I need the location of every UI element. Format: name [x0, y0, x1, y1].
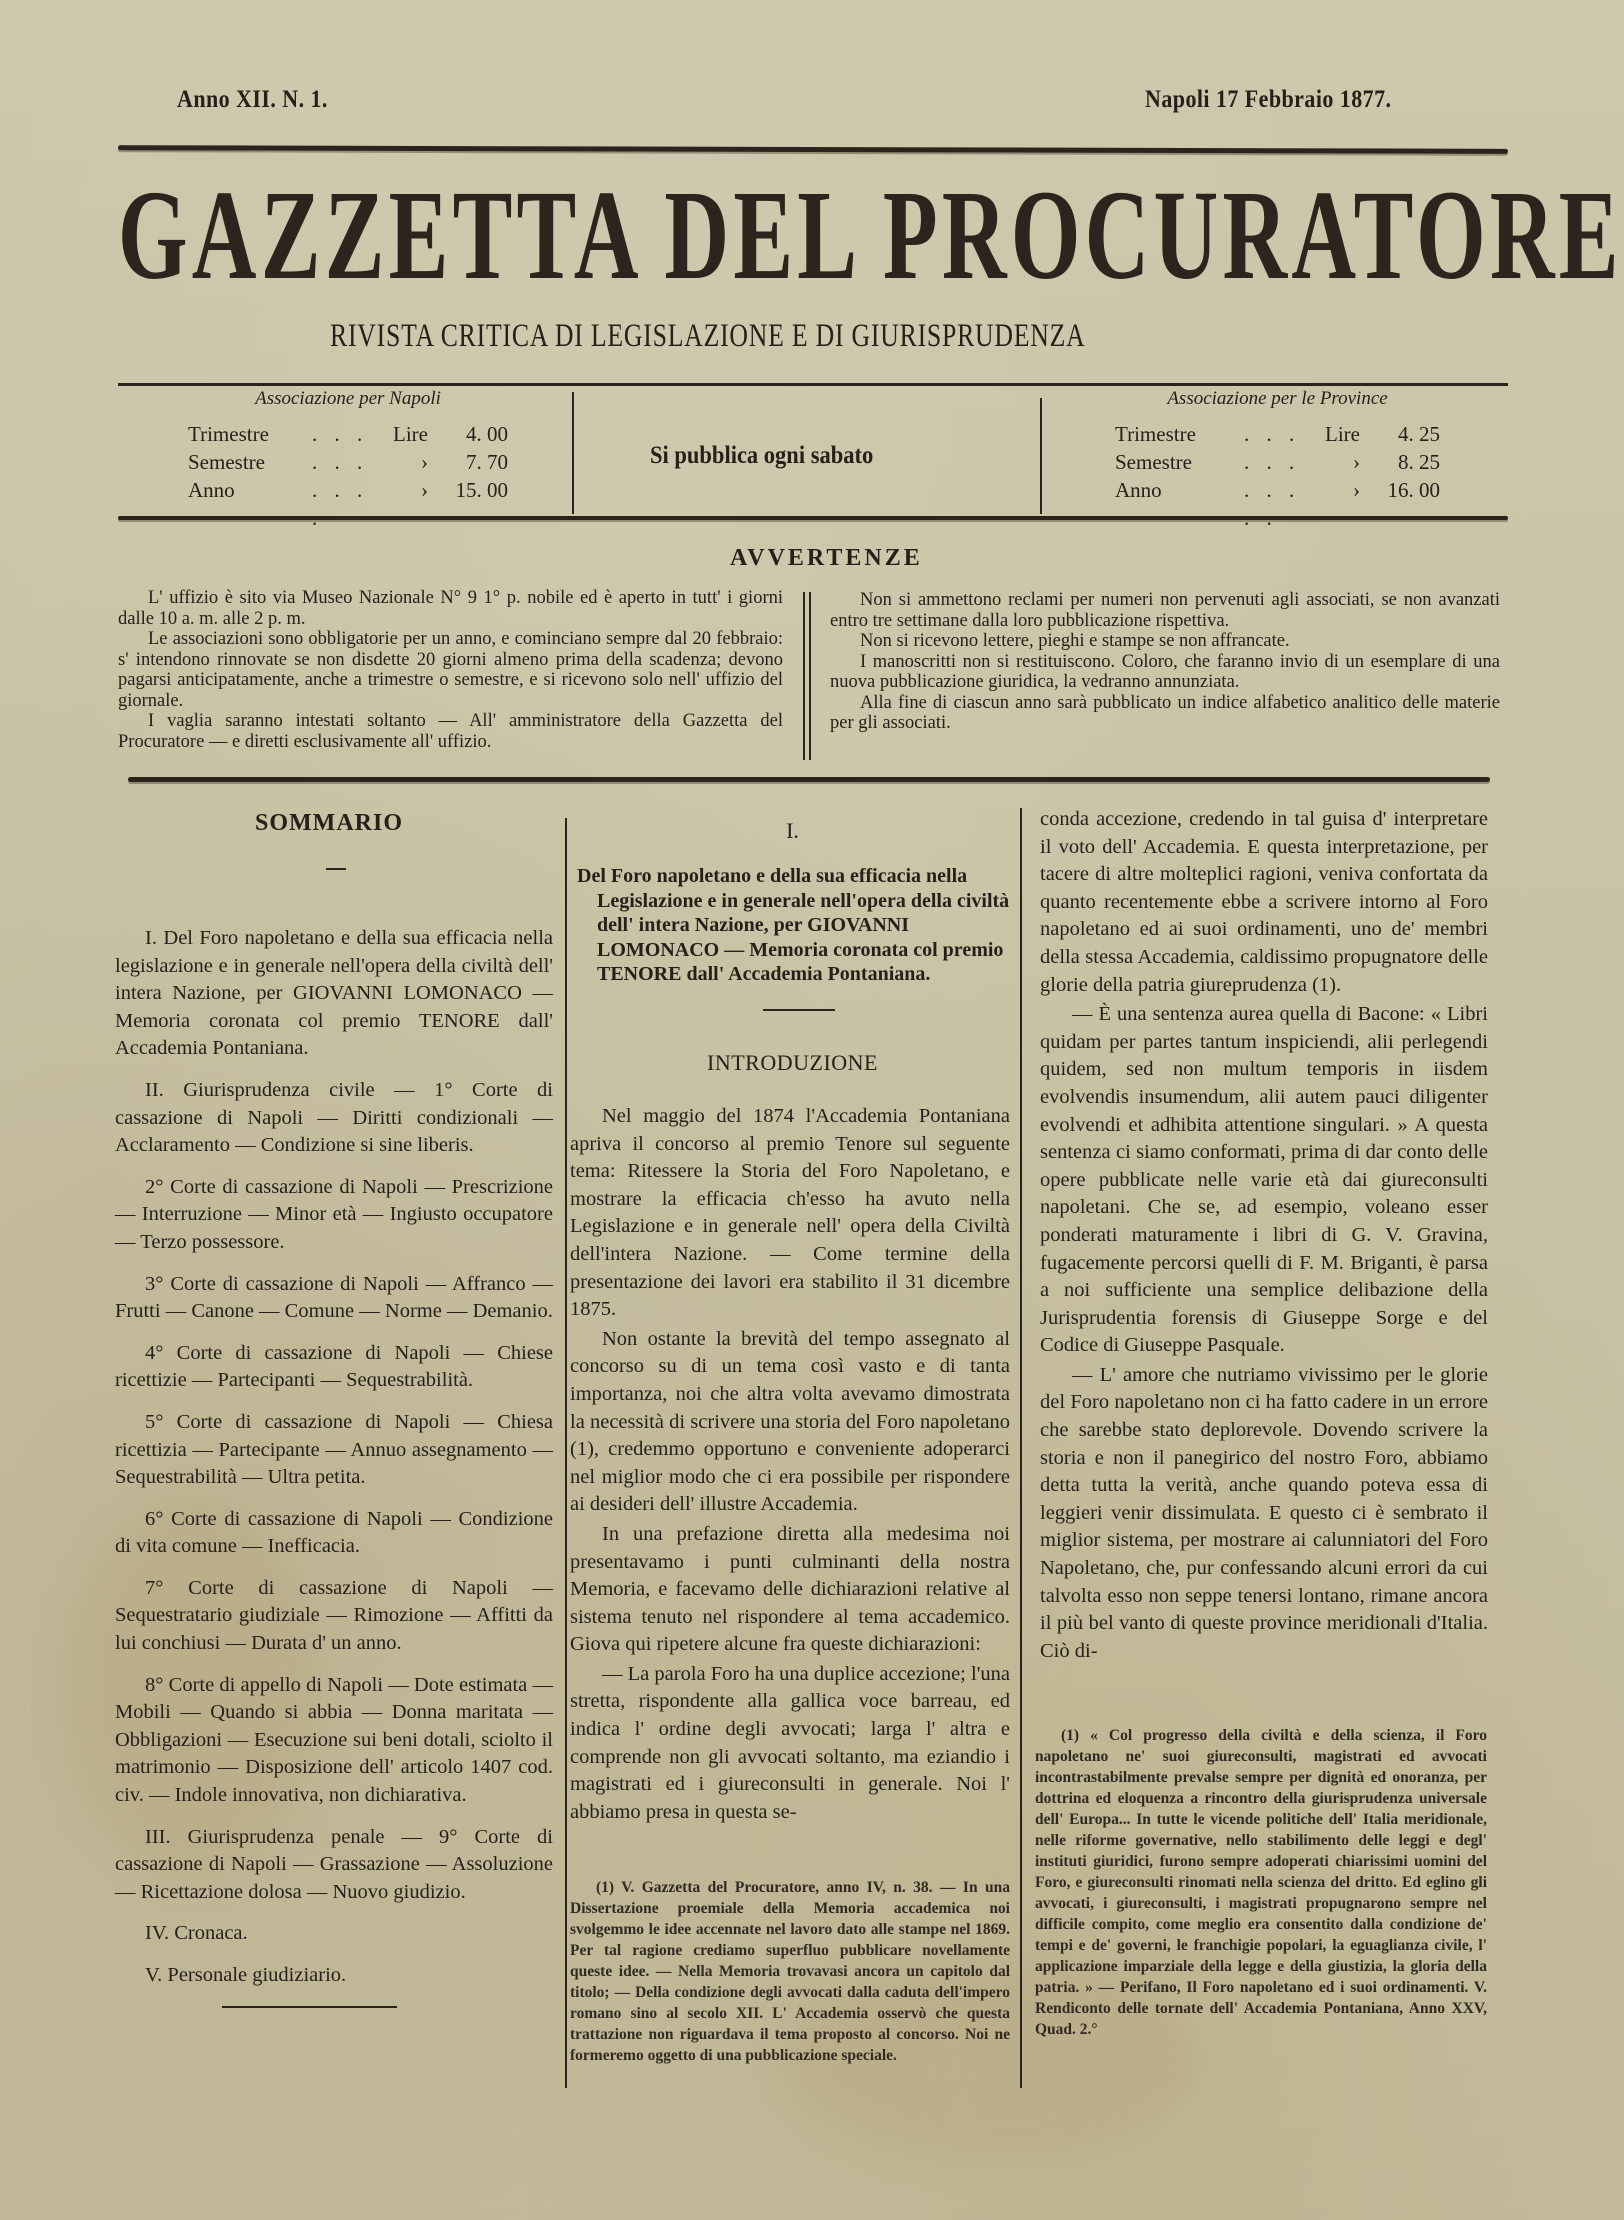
row-currency: Lire: [382, 420, 428, 448]
row-dots: . . . . .: [1244, 476, 1314, 532]
row-label: Semestre: [188, 448, 312, 476]
sommario-item: 5° Corte di cassazione di Napoli — Chies…: [115, 1409, 553, 1492]
subscription-row: Anno . . . . › 15. 00: [188, 476, 508, 532]
article-paragraph: Nel maggio del 1874 l'Accademia Pontania…: [570, 1103, 1010, 1324]
row-label: Trimestre: [1115, 420, 1244, 448]
article-headline: Del Foro napoletano e della sua efficaci…: [577, 864, 1015, 987]
row-amount: 15. 00: [428, 476, 508, 532]
row-amount: 4. 00: [428, 420, 508, 448]
masthead-subtitle: RIVISTA CRITICA DI LEGISLAZIONE E DI GIU…: [330, 318, 1086, 355]
sommario-item: 2° Corte di cassazione di Napoli — Presc…: [115, 1174, 553, 1257]
subscription-row: Anno . . . . . › 16. 00: [1115, 476, 1440, 532]
row-label: Anno: [188, 476, 312, 532]
notice-paragraph: I vaglia saranno intestati soltanto — Al…: [118, 711, 783, 752]
row-dots: . . . .: [312, 476, 382, 532]
notice-paragraph: I manoscritti non si restituiscono. Colo…: [830, 652, 1500, 693]
avvertenze-title: AVVERTENZE: [730, 545, 923, 572]
article-paragraph: — È una sentenza aurea quella di Bacone:…: [1040, 1001, 1488, 1360]
footnote-text: (1) « Col progresso della civiltà e dell…: [1035, 1725, 1487, 2040]
sommario-item: 8° Corte di appello di Napoli — Dote est…: [115, 1672, 553, 1810]
sommario-item: 3° Corte di cassazione di Napoli — Affra…: [115, 1271, 553, 1326]
row-amount: 7. 70: [428, 448, 508, 476]
article-number: I.: [575, 818, 1010, 844]
notice-paragraph: Alla fine di ciascun anno sarà pubblicat…: [830, 693, 1500, 734]
column-divider: [1020, 808, 1022, 2088]
avvertenze-left: L' uffizio è sito via Museo Nazionale N°…: [118, 588, 783, 752]
headline-rule: [763, 1009, 835, 1011]
row-label: Semestre: [1115, 448, 1244, 476]
subscription-province-caption: Associazione per le Province: [1115, 388, 1440, 410]
subscription-divider: [572, 392, 574, 514]
masthead-title-text: GAZZETTA DEL PROCURATORE: [118, 170, 1508, 300]
dateline: Napoli 17 Febbraio 1877.: [1145, 86, 1391, 114]
subscription-row: Semestre . . . › 7. 70: [188, 448, 508, 476]
sommario-item: 7° Corte di cassazione di Napoli — Seque…: [115, 1575, 553, 1658]
notice-paragraph: Non si ammettono reclami per numeri non …: [830, 590, 1500, 631]
subscription-divider: [1040, 398, 1042, 514]
sommario-item: IV. Cronaca.: [115, 1920, 553, 1948]
subscription-top-rule: [118, 383, 1508, 386]
sommario-dash: [326, 868, 346, 870]
row-label: Trimestre: [188, 420, 312, 448]
row-currency: ›: [1314, 448, 1360, 476]
subscription-row: Trimestre . . . Lire 4. 00: [188, 420, 508, 448]
row-currency: ›: [382, 448, 428, 476]
row-currency: ›: [382, 476, 428, 532]
subscription-napoli: Associazione per Napoli Trimestre . . . …: [188, 388, 508, 532]
article-paragraph: Non ostante la brevità del tempo assegna…: [570, 1326, 1010, 1519]
masthead-top-rule: [118, 145, 1508, 154]
sommario-title: SOMMARIO: [255, 810, 403, 837]
row-currency: Lire: [1314, 420, 1360, 448]
footnote-text: (1) V. Gazzetta del Procuratore, anno IV…: [570, 1877, 1010, 2066]
notice-paragraph: Non si ricevono lettere, pieghi e stampe…: [830, 631, 1500, 652]
column-divider: [565, 818, 567, 2088]
row-amount: 8. 25: [1360, 448, 1440, 476]
subscription-napoli-caption: Associazione per Napoli: [188, 388, 508, 410]
notice-paragraph: Le associazioni sono obbligatorie per un…: [118, 629, 783, 711]
sommario-item: 4° Corte di cassazione di Napoli — Chies…: [115, 1340, 553, 1395]
article-paragraph: — L' amore che nutriamo vivissimo per le…: [1040, 1362, 1488, 1666]
article-column-3: conda accezione, credendo in tal guisa d…: [1040, 806, 1488, 1665]
footnote-column-2: (1) V. Gazzetta del Procuratore, anno IV…: [570, 1877, 1010, 2066]
section-title: INTRODUZIONE: [575, 1050, 1010, 1076]
subscription-row: Trimestre . . . Lire 4. 25: [1115, 420, 1440, 448]
issue-number: Anno XII. N. 1.: [177, 86, 328, 114]
subscription-row: Semestre . . . › 8. 25: [1115, 448, 1440, 476]
row-amount: 4. 25: [1360, 420, 1440, 448]
sommario-item: 6° Corte di cassazione di Napoli — Condi…: [115, 1506, 553, 1561]
sommario-item: V. Personale giudiziario.: [115, 1962, 553, 1990]
row-amount: 16. 00: [1360, 476, 1440, 532]
article-paragraph: — La parola Foro ha una duplice accezion…: [570, 1661, 1010, 1827]
sommario-list: I. Del Foro napoletano e della sua effic…: [115, 925, 553, 2004]
row-dots: . . .: [312, 420, 382, 448]
sommario-end-rule: [222, 2006, 397, 2008]
row-dots: . . .: [1244, 448, 1314, 476]
row-dots: . . .: [312, 448, 382, 476]
article-column-2: Nel maggio del 1874 l'Accademia Pontania…: [570, 1103, 1010, 1826]
row-label: Anno: [1115, 476, 1244, 532]
sommario-item: III. Giurisprudenza penale — 9° Corte di…: [115, 1824, 553, 1907]
subscription-province: Associazione per le Province Trimestre .…: [1115, 388, 1440, 532]
avvertenze-right: Non si ammettono reclami per numeri non …: [830, 590, 1500, 734]
sommario-item: II. Giurisprudenza civile — 1° Corte di …: [115, 1077, 553, 1160]
row-currency: ›: [1314, 476, 1360, 532]
masthead-title: GAZZETTA DEL PROCURATORE: [327, 170, 1300, 300]
publication-schedule: Si pubblica ogni sabato: [650, 442, 873, 470]
row-dots: . . .: [1244, 420, 1314, 448]
article-paragraph: conda accezione, credendo in tal guisa d…: [1040, 806, 1488, 999]
avvertenze-bottom-rule: [128, 777, 1490, 782]
footnote-column-3: (1) « Col progresso della civiltà e dell…: [1035, 1725, 1487, 2040]
subscription-bottom-rule: [118, 516, 1508, 520]
avvertenze-divider: [809, 592, 811, 760]
notice-paragraph: L' uffizio è sito via Museo Nazionale N°…: [118, 588, 783, 629]
article-paragraph: In una prefazione diretta alla medesima …: [570, 1521, 1010, 1659]
sommario-item: I. Del Foro napoletano e della sua effic…: [115, 925, 553, 1063]
avvertenze-divider: [803, 592, 805, 760]
